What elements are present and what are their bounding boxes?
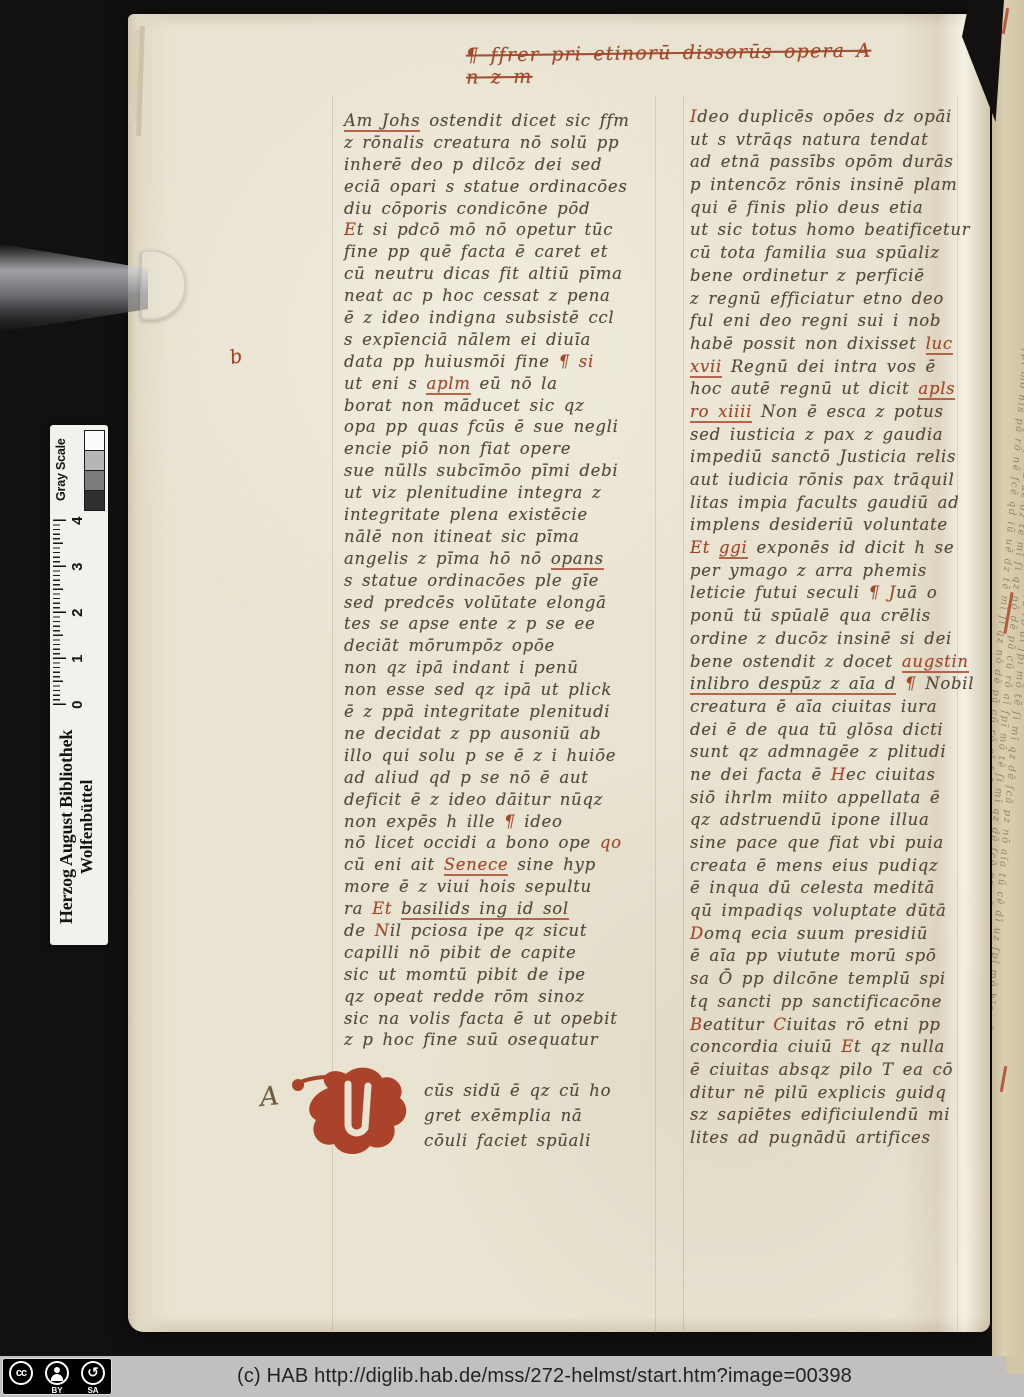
ruling-line bbox=[683, 96, 684, 1334]
facing-page-script: ſi mī qz dē ſcā pz nō aīa tū cē dī uz ſp… bbox=[992, 0, 1024, 1362]
manuscript-line: non expēs h ille ¶ ideo bbox=[344, 811, 646, 833]
manuscript-line: ra Et basilids ing id sol bbox=[344, 898, 646, 920]
manuscript-line: deciāt mōrumpōz opōe bbox=[344, 635, 646, 657]
manuscript-line: concordia ciuiū Et qz nulla bbox=[690, 1036, 990, 1059]
manuscript-line: encie piō non fiat opere bbox=[344, 438, 646, 460]
sa-label: SA bbox=[78, 1386, 108, 1395]
manuscript-line: sue nūlls subcīmōo pīmi debi bbox=[344, 460, 646, 482]
manuscript-line: ut s vtrāqs natura tendat bbox=[690, 129, 990, 152]
manuscript-line: qū impadiqs voluptate dūtā bbox=[690, 900, 990, 923]
manuscript-line: qui ē finis plio deus etia bbox=[690, 197, 990, 220]
text-column-right: Ideo duplicēs opōes dz opāiut s vtrāqs n… bbox=[690, 106, 990, 1150]
text-column-left: Am Johs ostendit dicet sic ffmz rōnalis … bbox=[344, 110, 646, 1051]
manuscript-line: aut iudicia rōnis pax trāquil bbox=[690, 469, 990, 492]
manuscript-line: sine pace que fiat vbi puia bbox=[690, 832, 990, 855]
manuscript-line: s statue ordinacōes ple gīe bbox=[344, 570, 646, 592]
manuscript-line: sunt qz admnagēe z plitudi bbox=[690, 741, 990, 764]
manuscript-line: ditur nē pilū explicis guidq bbox=[690, 1082, 990, 1105]
manuscript-line: sic ut momtū pibit de ipe bbox=[344, 964, 646, 986]
grayscale-patches bbox=[84, 427, 105, 512]
manuscript-line: dei ē de qua tū glōsa dicti bbox=[690, 719, 990, 742]
manuscript-line: ne dei facta ē Hec ciuitas bbox=[690, 764, 990, 787]
institution-name: Herzog August Bibliothek bbox=[55, 709, 77, 945]
cm-ruler: 01234 bbox=[50, 514, 108, 709]
manuscript-line: more ē z viui hois sepultu bbox=[344, 876, 646, 898]
cc-icon: cc bbox=[16, 1368, 26, 1379]
manuscript-line: eciā opari s statue ordinacōes bbox=[344, 176, 646, 198]
manuscript-line: creatura ē aīa ciuitas iura bbox=[690, 696, 990, 719]
cc-by: BY bbox=[42, 1361, 72, 1395]
manuscript-line: nō licet occidi a bono ope qo bbox=[344, 832, 646, 854]
manuscript-line: tq sancti pp sanctificacōne bbox=[690, 991, 990, 1014]
manuscript-line: s expīenciā nālem ei diuīa bbox=[344, 329, 646, 351]
manuscript-line: ad aliud qd p se nō ē aut bbox=[344, 767, 646, 789]
grayscale-patch bbox=[84, 490, 105, 511]
manuscript-line: de Nil pciosa ipe qz sicut bbox=[344, 920, 646, 942]
manuscript-line: ē z ideo indigna subsistē ccl bbox=[344, 307, 646, 329]
manuscript-line: ponū tū spūalē qua crēlis bbox=[690, 605, 990, 628]
manuscript-line: p intencōz rōnis insinē plam bbox=[690, 174, 990, 197]
manuscript-line: ē z ppā integritate plenitudi bbox=[344, 701, 646, 723]
initial-indent-lines: cūs sidū ē qz cū hogret exēmplia nācōuli… bbox=[424, 1078, 654, 1153]
manuscript-line: ut eni s aplm eū nō la bbox=[344, 373, 646, 395]
manuscript-line: gret exēmplia nā bbox=[424, 1103, 654, 1128]
manuscript-line: Beatitur Ciuitas rō etni pp bbox=[690, 1014, 990, 1037]
lombard-initial bbox=[290, 1058, 430, 1178]
institution-label: Herzog August Bibliothek Wolfenbüttel bbox=[50, 709, 108, 945]
manuscript-line: capilli nō pibit de capite bbox=[344, 942, 646, 964]
manuscript-line: ē inqua dū celesta meditā bbox=[690, 877, 990, 900]
person-icon bbox=[45, 1361, 69, 1385]
facing-page-rubric bbox=[1000, 1066, 1007, 1092]
cc-logo: cc bbox=[6, 1361, 36, 1385]
running-title: ¶ ffrer pri etinorū dissorūs opera A n z… bbox=[466, 39, 897, 88]
grayscale-patch bbox=[84, 470, 105, 491]
manuscript-line: illo qui solu p se ē z i huiōe bbox=[344, 745, 646, 767]
manuscript-line: z rōnalis creatura nō solū pp bbox=[344, 132, 646, 154]
manuscript-line: bene ordinetur z perficiē bbox=[690, 265, 990, 288]
institution-city: Wolfenbüttel bbox=[77, 709, 97, 945]
ruler-number: 1 bbox=[69, 617, 86, 663]
manuscript-line: neat ac p hoc cessat z pena bbox=[344, 285, 646, 307]
gray-scale-label: Gray Scale bbox=[54, 427, 68, 512]
ruling-line bbox=[655, 96, 656, 1334]
ruler-number: 3 bbox=[69, 525, 86, 571]
manuscript-line: hoc autē regnū ut dicit apls bbox=[690, 378, 990, 401]
manuscript-line: sed predcēs volūtate elongā bbox=[344, 592, 646, 614]
manuscript-line: qz adstruendū ipone illua bbox=[690, 809, 990, 832]
manuscript-line: non esse sed qz ipā ut plick bbox=[344, 679, 646, 701]
share-alike-icon: ↺ bbox=[87, 1366, 99, 1380]
manuscript-line: integritate plena existēcie bbox=[344, 504, 646, 526]
margin-mark-bottom: A bbox=[258, 1081, 280, 1113]
manuscript-line: litas impia facults gaudiū ad bbox=[690, 492, 990, 515]
by-label: BY bbox=[42, 1386, 72, 1395]
caption-bar: cc BY ↺ SA (c) HAB http://diglib.hab.de/… bbox=[0, 1356, 1024, 1397]
manuscript-line: angelis z pīma hō nō opans bbox=[344, 548, 646, 570]
ruler-ticks-cm bbox=[53, 517, 66, 705]
manuscript-line: sed iusticia z pax z gaudia bbox=[690, 424, 990, 447]
manuscript-line: z p hoc fine suū osequatur bbox=[344, 1029, 646, 1051]
manuscript-line: creata ē mens eius pudiqz bbox=[690, 855, 990, 878]
ruler-number: 2 bbox=[69, 571, 86, 617]
manuscript-line: borat non māducet sic qz bbox=[344, 395, 646, 417]
manuscript-line: sic na volis facta ē ut opebit bbox=[344, 1008, 646, 1030]
manuscript-line: ro xiiii Non ē esca z potus bbox=[690, 401, 990, 424]
manuscript-line: Et ggi exponēs id dicit h se bbox=[690, 537, 990, 560]
manuscript-line: ful eni deo regni sui i nob bbox=[690, 310, 990, 333]
manuscript-line: qz opeat redde rōm sinoz bbox=[344, 986, 646, 1008]
manuscript-line: opa pp quas fcūs ē sue negli bbox=[344, 416, 646, 438]
manuscript-line: ut sic totus homo beatificetur bbox=[690, 219, 990, 242]
grayscale-patch bbox=[84, 430, 105, 451]
ruler-numbers: 01234 bbox=[69, 479, 86, 709]
ruler-number: 4 bbox=[69, 479, 86, 525]
manuscript-line: implens desideriū voluntate bbox=[690, 514, 990, 537]
manuscript-line: Et si pdcō mō nō opetur tūc bbox=[344, 219, 646, 241]
manuscript-line: ē ciuitas absqz pilo T ea cō bbox=[690, 1059, 990, 1082]
manuscript-line: xvii Regnū dei intra vos ē bbox=[690, 356, 990, 379]
manuscript-line: cū eni ait Senece sine hyp bbox=[344, 854, 646, 876]
manuscript-line: ad etnā passībs opōm durās bbox=[690, 151, 990, 174]
manuscript-line: bene ostendit z docet augstin bbox=[690, 651, 990, 674]
manuscript-line: leticie futui seculi ¶ Juā o bbox=[690, 582, 990, 605]
manuscript-line: cū tota familia sua spūaliz bbox=[690, 242, 990, 265]
manuscript-line: ē aīa pp viutute morū spō bbox=[690, 945, 990, 968]
color-scale-card: Herzog August Bibliothek Wolfenbüttel 01… bbox=[50, 425, 108, 945]
manuscript-line: deficit ē z ideo dāitur nūqz bbox=[344, 789, 646, 811]
manuscript-line: per ymago z arra phemis bbox=[690, 560, 990, 583]
manuscript-line: inherē deo p dilcōz dei sed bbox=[344, 154, 646, 176]
manuscript-line: sa Ō pp dilcōne templū spi bbox=[690, 968, 990, 991]
manuscript-line: ordine z ducōz insinē si dei bbox=[690, 628, 990, 651]
grayscale-patch bbox=[84, 450, 105, 471]
cc-license-badge: cc BY ↺ SA bbox=[2, 1358, 112, 1395]
manuscript-line: ne decidat z pp ausoniū ab bbox=[344, 723, 646, 745]
manuscript-line: fine pp quē facta ē caret et bbox=[344, 241, 646, 263]
facing-page-edge: ſi mī qz dē ſcā pz nō aīa tū cē dī uz ſp… bbox=[992, 0, 1024, 1362]
manuscript-line: nālē non itineat sic pīma bbox=[344, 526, 646, 548]
manuscript-line: sz sapiētes edificiulendū mi bbox=[690, 1104, 990, 1127]
manuscript-line: siō ihrlm miito appellata ē bbox=[690, 787, 990, 810]
manuscript-line: Domq ecia suum presidiū bbox=[690, 923, 990, 946]
manuscript-line: non qz ipā indant i penū bbox=[344, 657, 646, 679]
manuscript-line: ut viz plenitudine integra z bbox=[344, 482, 646, 504]
caption-text: (c) HAB http://diglib.hab.de/mss/272-hel… bbox=[237, 1356, 852, 1397]
facing-page-corner bbox=[1006, 1356, 1024, 1374]
manuscript-line: inlibro despūz z aīa d ¶ Nobil bbox=[690, 673, 990, 696]
manuscript-line: cū neutru dicas fit altiū pīma bbox=[344, 263, 646, 285]
manuscript-line: Ideo duplicēs opōes dz opāi bbox=[690, 106, 990, 129]
manuscript-line: cūs sidū ē qz cū ho bbox=[424, 1078, 654, 1103]
page-holder-arm bbox=[0, 244, 148, 332]
manuscript-line: cōuli faciet spūali bbox=[424, 1128, 654, 1153]
manuscript-line: Am Johs ostendit dicet sic ffm bbox=[344, 110, 646, 132]
cc-sa: ↺ SA bbox=[78, 1361, 108, 1395]
manuscript-line: z regnū efficiatur etno deo bbox=[690, 288, 990, 311]
manuscript-line: habē possit non dixisset luc bbox=[690, 333, 990, 356]
manuscript-line: diu cōporis condicōne pōd bbox=[344, 198, 646, 220]
manuscript-line: tes se apse ente z p se ee bbox=[344, 613, 646, 635]
ruler-number: 0 bbox=[69, 663, 86, 709]
manuscript-line: lites ad pugnādū artifices bbox=[690, 1127, 990, 1150]
manuscript-line: impediū sanctō Justicia relis bbox=[690, 446, 990, 469]
manuscript-line: data pp huiusmōi fine ¶ si bbox=[344, 351, 646, 373]
